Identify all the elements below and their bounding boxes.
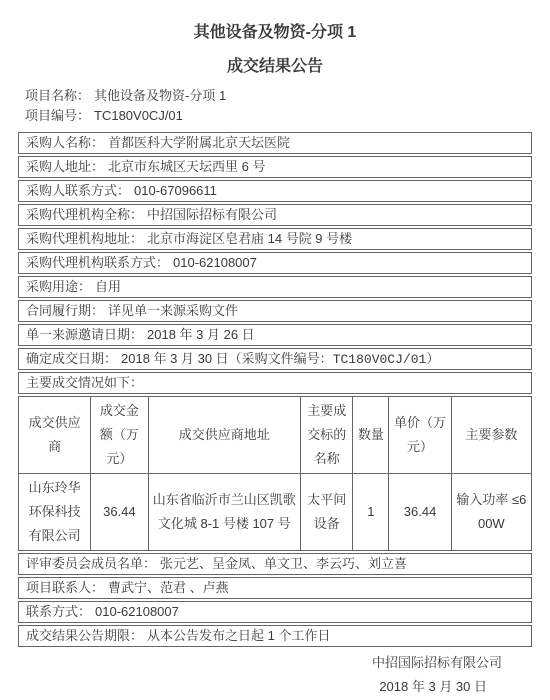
- signature-company: 中招国际招标有限公司: [18, 652, 532, 673]
- field-value: 中招国际招标有限公司: [147, 207, 277, 222]
- header-supplier: 成交供应商: [19, 397, 91, 474]
- purchaser-address-row: 采购人地址：北京市东城区天坛西里 6 号: [18, 156, 532, 178]
- field-value: 010-67096611: [134, 183, 217, 198]
- field-value: 从本公告发布之日起 1 个工作日: [147, 628, 330, 643]
- header-amount: 成交金额（万元）: [91, 397, 148, 474]
- field-label: 成交结果公告期限：: [26, 628, 143, 643]
- project-number-row: 项目编号：TC180V0CJ/01: [18, 106, 532, 126]
- agency-contact-row: 采购代理机构联系方式：010-62108007: [18, 252, 532, 274]
- deal-table: 成交供应商 成交金额（万元） 成交供应商地址 主要成交标的名称 数量 单价（万元…: [18, 396, 532, 551]
- cell-quantity: 1: [353, 474, 389, 551]
- field-label: 评审委员会成员名单：: [26, 556, 156, 571]
- document-subtitle: 成交结果公告: [18, 58, 532, 76]
- project-contacts-row: 项目联系人：曹武宁、范君 、卢燕: [18, 577, 532, 599]
- cell-supplier: 山东玲华环保科技有限公司: [19, 474, 91, 551]
- project-name-row: 项目名称：其他设备及物资-分项 1: [18, 86, 532, 106]
- field-value: 曹武宁、范君 、卢燕: [108, 580, 229, 595]
- project-name-value: 其他设备及物资-分项 1: [94, 88, 226, 103]
- cell-amount: 36.44: [91, 474, 148, 551]
- cell-main-parameters: 输入功率 ≤600W: [451, 474, 531, 551]
- field-label: 采购代理机构地址：: [26, 231, 143, 246]
- field-label: 采购代理机构全称：: [26, 207, 143, 222]
- agency-address-row: 采购代理机构地址：北京市海淀区皂君庙 14 号院 9 号楼: [18, 228, 532, 250]
- field-label: 采购人名称：: [26, 135, 104, 150]
- field-value: 张元艺、呈金凤、单文卫、李云巧、刘立喜: [160, 556, 407, 571]
- field-label: 确定成交日期：: [26, 351, 117, 366]
- project-number-label: 项目编号：: [25, 108, 90, 123]
- document-title: 其他设备及物资-分项 1: [18, 24, 532, 42]
- confirm-date-row: 确定成交日期：2018 年 3 月 30 日（采购文件编号：TC180V0CJ/…: [18, 348, 532, 370]
- invitation-date-row: 单一来源邀请日期：2018 年 3 月 26 日: [18, 324, 532, 346]
- review-committee-row: 评审委员会成员名单：张元艺、呈金凤、单文卫、李云巧、刘立喜: [18, 553, 532, 575]
- project-name-label: 项目名称：: [25, 88, 90, 103]
- field-value: 自用: [95, 279, 121, 294]
- field-label: 项目联系人：: [26, 580, 104, 595]
- cell-unit-price: 36.44: [389, 474, 451, 551]
- field-value: 首都医科大学附属北京天坛医院: [108, 135, 290, 150]
- header-subject-name: 主要成交标的名称: [301, 397, 353, 474]
- field-label: 合同履行期：: [26, 303, 104, 318]
- field-label: 联系方式：: [26, 604, 91, 619]
- field-value: 北京市海淀区皂君庙 14 号院 9 号楼: [147, 231, 352, 246]
- header-quantity: 数量: [353, 397, 389, 474]
- project-number-value: TC180V0CJ/01: [94, 108, 183, 123]
- purchase-purpose-row: 采购用途：自用: [18, 276, 532, 298]
- deal-table-data-row: 山东玲华环保科技有限公司 36.44 山东省临沂市兰山区凯歌文化城 8-1 号楼…: [19, 474, 532, 551]
- field-label: 采购人地址：: [26, 159, 104, 174]
- signature-date: 2018 年 3 月 30 日: [18, 676, 532, 697]
- deal-table-header-row: 成交供应商 成交金额（万元） 成交供应商地址 主要成交标的名称 数量 单价（万元…: [19, 397, 532, 474]
- header-unit-price: 单价（万元）: [389, 397, 451, 474]
- cell-supplier-address: 山东省临沂市兰山区凯歌文化城 8-1 号楼 107 号: [148, 474, 301, 551]
- section-label: 主要成交情况如下：: [26, 375, 143, 390]
- field-label: 采购人联系方式：: [26, 183, 130, 198]
- purchaser-contact-row: 采购人联系方式：010-67096611: [18, 180, 532, 202]
- field-label: 采购代理机构联系方式：: [26, 255, 169, 270]
- field-label: 单一来源邀请日期：: [26, 327, 143, 342]
- field-value: 2018 年 3 月 26 日: [147, 327, 255, 342]
- signature-block: 中招国际招标有限公司 2018 年 3 月 30 日: [18, 652, 532, 697]
- announcement-document: 其他设备及物资-分项 1 成交结果公告 项目名称：其他设备及物资-分项 1 项目…: [0, 0, 550, 700]
- contract-period-row: 合同履行期：详见单一来源采购文件: [18, 300, 532, 322]
- field-value-prefix: 2018 年 3 月 30 日（采购文件编号：: [121, 351, 333, 366]
- field-label: 采购用途：: [26, 279, 91, 294]
- deal-summary-section-row: 主要成交情况如下：: [18, 372, 532, 394]
- agency-name-row: 采购代理机构全称：中招国际招标有限公司: [18, 204, 532, 226]
- header-supplier-address: 成交供应商地址: [148, 397, 301, 474]
- document-number: TC180V0CJ/01: [333, 352, 427, 367]
- field-value: 详见单一来源采购文件: [108, 303, 238, 318]
- cell-subject-name: 太平间设备: [301, 474, 353, 551]
- field-value: 010-62108007: [95, 604, 179, 619]
- field-value: 010-62108007: [173, 255, 257, 270]
- field-value-suffix: ）: [426, 351, 439, 366]
- announcement-period-row: 成交结果公告期限：从本公告发布之日起 1 个工作日: [18, 625, 532, 647]
- field-value: 北京市东城区天坛西里 6 号: [108, 159, 265, 174]
- header-main-parameters: 主要参数: [451, 397, 531, 474]
- purchaser-name-row: 采购人名称：首都医科大学附属北京天坛医院: [18, 132, 532, 154]
- contact-phone-row: 联系方式：010-62108007: [18, 601, 532, 623]
